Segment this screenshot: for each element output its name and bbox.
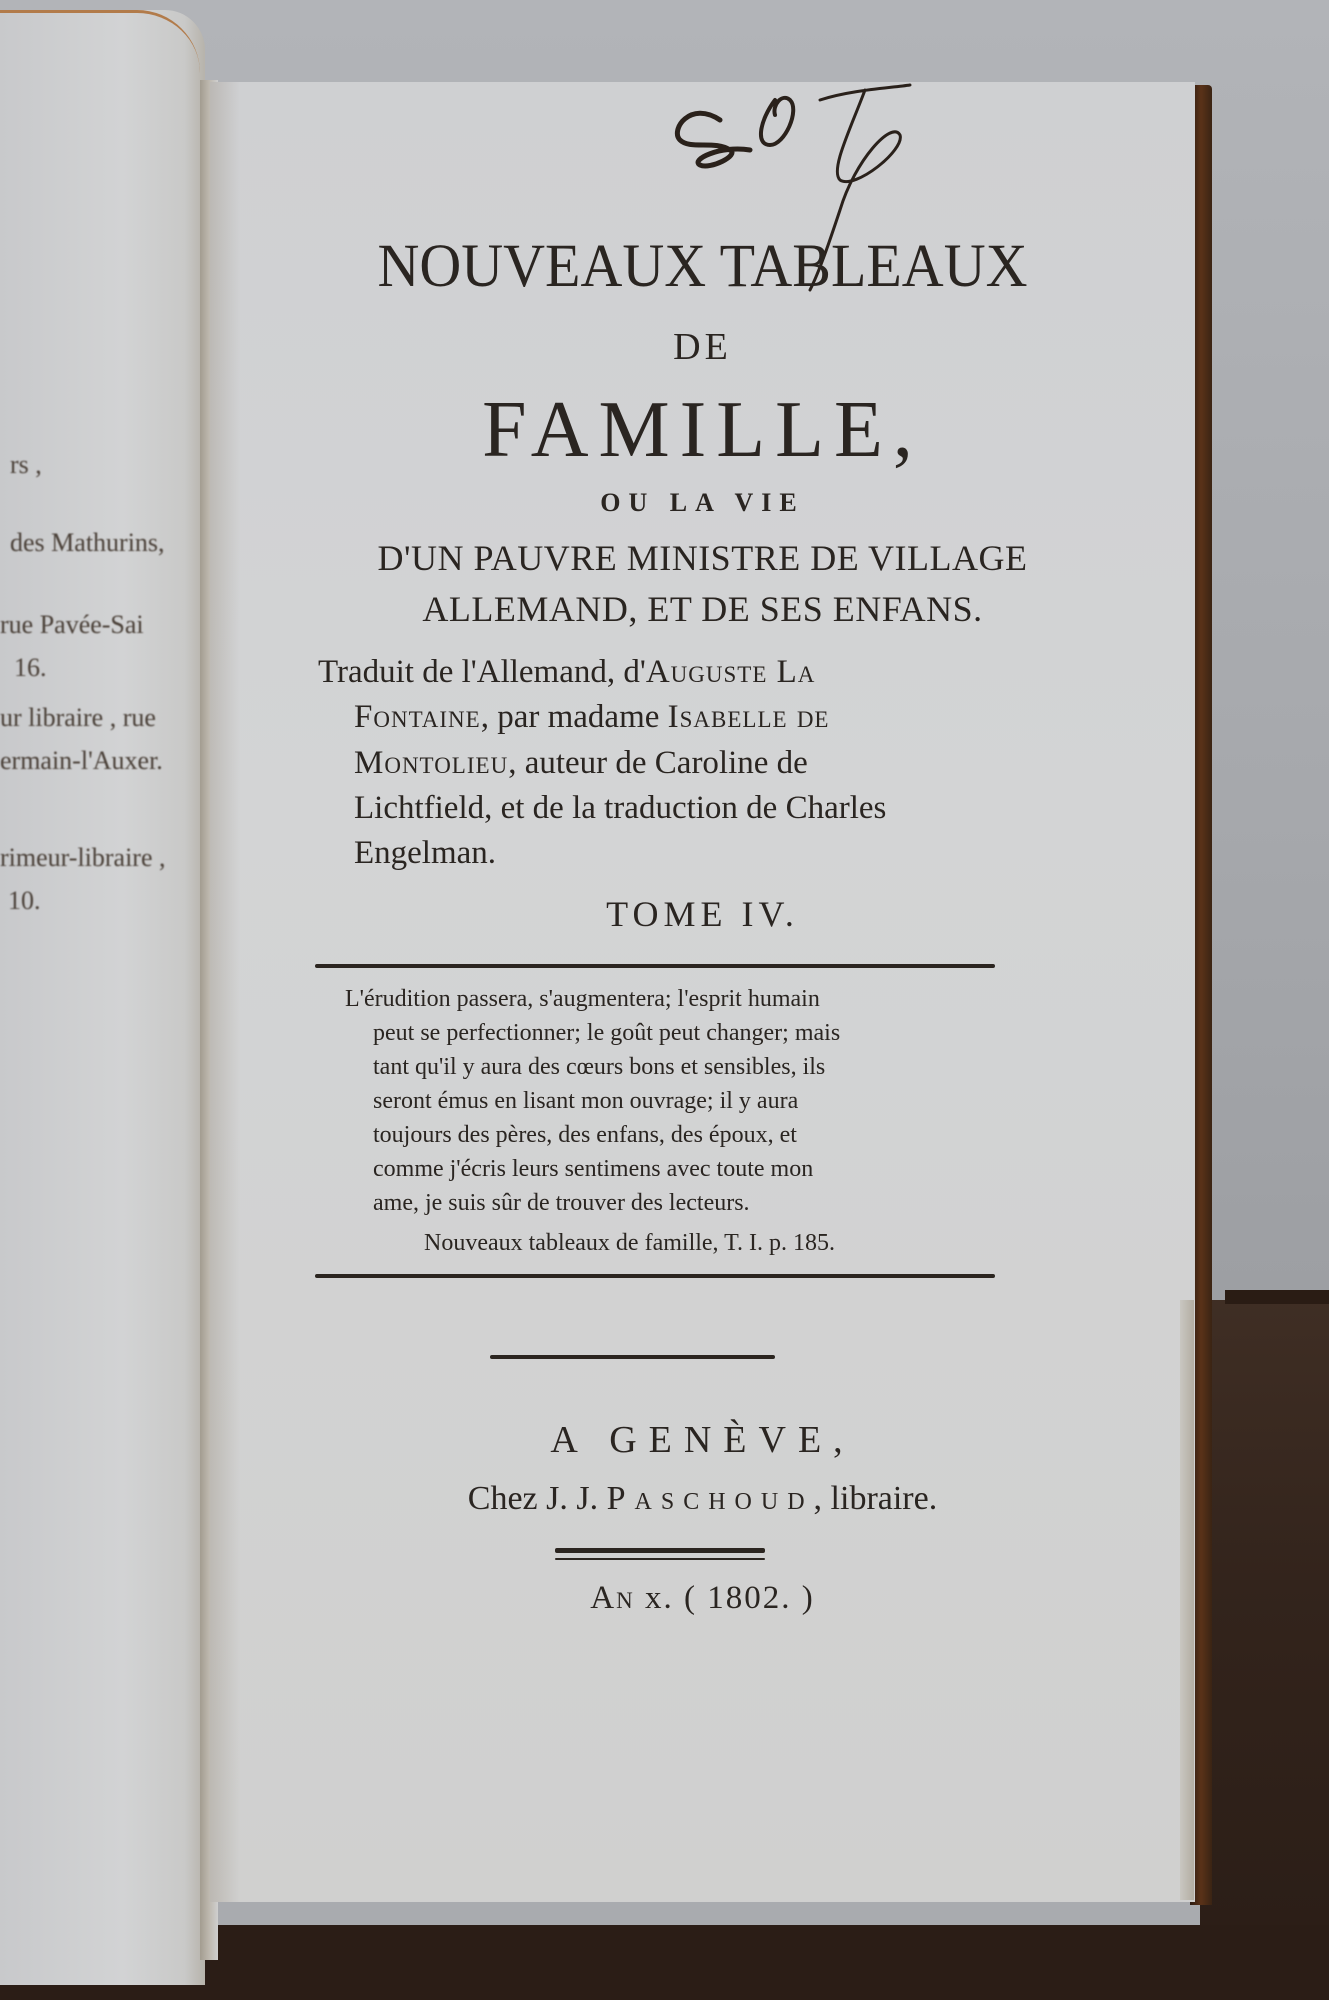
imprint-place: A GENÈVE, bbox=[210, 1418, 1195, 1462]
credits-line-2: Fontaine, par madame Isabelle de bbox=[354, 695, 829, 740]
credits-line-4: Lichtfield, et de la traduction de Charl… bbox=[354, 786, 886, 831]
svg-text:207: 207 bbox=[660, 60, 662, 61]
epigraph-attribution: Nouveaux tableaux de famille, T. I. p. 1… bbox=[424, 1226, 835, 1260]
imprint-date: An x. ( 1802. ) bbox=[210, 1580, 1195, 1617]
subtitle-line-1: OU LA VIE bbox=[210, 488, 1195, 518]
epigraph-line: comme j'écris leurs sentimens avec toute… bbox=[373, 1152, 813, 1186]
divider-rule bbox=[315, 964, 995, 968]
epigraph-line: tant qu'il y aura des cœurs bons et sens… bbox=[373, 1050, 825, 1084]
epigraph-line: L'érudition passera, s'augmentera; l'esp… bbox=[345, 982, 820, 1016]
double-rule-top bbox=[555, 1548, 765, 1553]
fragment-line: 10. bbox=[8, 888, 41, 914]
epigraph-line: seront émus en lisant mon ouvrage; il y … bbox=[373, 1084, 798, 1118]
subtitle-line-2: D'UN PAUVRE MINISTRE DE VILLAGE bbox=[210, 537, 1195, 579]
fragment-line: ermain-l'Auxer. bbox=[0, 748, 163, 774]
fragment-line: rs , bbox=[10, 452, 42, 478]
fragment-line: ur libraire , rue bbox=[0, 705, 156, 731]
fragment-line: 16. bbox=[14, 655, 47, 681]
fragment-line: des Mathurins, bbox=[10, 530, 165, 556]
translator-name: Isabelle de bbox=[668, 699, 830, 735]
ornament-rule bbox=[490, 1355, 775, 1359]
page-edge-foxing bbox=[0, 10, 200, 73]
fragment-line: rue Pavée-Sai bbox=[0, 612, 144, 638]
credits-line-5: Engelman. bbox=[354, 831, 496, 876]
publisher-name: Paschoud bbox=[607, 1480, 814, 1517]
epigraph-line: toujours des pères, des enfans, des épou… bbox=[373, 1118, 797, 1152]
divider-rule bbox=[315, 1274, 995, 1278]
credits-line-1: Traduit de l'Allemand, d'Auguste La bbox=[318, 650, 815, 695]
subtitle-line-3: ALLEMAND, ET DE SES ENFANS. bbox=[210, 588, 1195, 630]
translator-name: Montolieu bbox=[354, 745, 508, 781]
title-line-1: NOUVEAUX TABLEAUX bbox=[210, 230, 1195, 300]
double-rule-bottom bbox=[555, 1558, 765, 1560]
wooden-surface bbox=[1200, 1300, 1329, 2000]
title-line-2: DE bbox=[210, 325, 1195, 369]
facing-page: rs , des Mathurins, rue Pavée-Sai 16. ur… bbox=[0, 10, 205, 1985]
imprint-publisher: Chez J. J. Paschoud, libraire. bbox=[210, 1480, 1195, 1518]
title-main: FAMILLE, bbox=[210, 385, 1195, 476]
author-name: Auguste La bbox=[646, 654, 816, 690]
volume-number: TOME IV. bbox=[210, 893, 1195, 935]
epigraph-line: ame, je suis sûr de trouver des lecteurs… bbox=[373, 1186, 750, 1220]
wooden-surface-edge bbox=[1225, 1290, 1329, 1304]
author-name: Fontaine bbox=[354, 699, 481, 735]
credits-line-3: Montolieu, auteur de Caroline de bbox=[354, 741, 808, 786]
fragment-line: rimeur-libraire , bbox=[0, 845, 166, 871]
epigraph-line: peut se perfectionner; le goût peut chan… bbox=[373, 1016, 840, 1050]
